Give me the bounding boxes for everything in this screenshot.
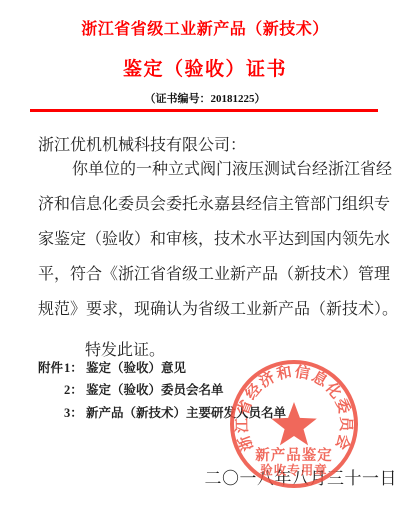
attachments-label-spacer [38, 379, 64, 401]
attachment-text: 鉴定（验收）意见 [86, 357, 186, 379]
attachment-number: 2： [64, 379, 86, 401]
attachments-list: 附件 1： 鉴定（验收）意见 2： 鉴定（验收）委员会名单 3： 新产品（新技术… [38, 357, 286, 424]
attachment-number: 3： [64, 402, 86, 424]
body-line: 你单位的一种立式阀门液压测试台经浙江省经 [38, 152, 378, 187]
seal-center-line1: 新产品鉴定 [255, 446, 333, 464]
body-line: 济和信息化委员会委托永嘉县经信主管部门组织专 [38, 187, 378, 222]
certificate-body: 你单位的一种立式阀门液压测试台经浙江省经 济和信息化委员会委托永嘉县经信主管部门… [38, 152, 378, 327]
attachment-number: 1： [64, 357, 86, 379]
attachments-label-spacer [38, 402, 64, 424]
body-line: 规范》要求，现确认为省级工业新产品（新技术）。 [38, 292, 378, 327]
certificate-title-line1: 浙江省省级工业新产品（新技术） [0, 16, 410, 39]
issue-date: 二〇一八年八月三十一日 [205, 464, 398, 489]
attachment-item: 附件 1： 鉴定（验收）意见 [38, 357, 286, 379]
red-divider-line [30, 109, 378, 112]
attachment-item: 2： 鉴定（验收）委员会名单 [38, 379, 286, 401]
certificate-title-line2: 鉴定（验收）证书 [0, 54, 410, 81]
attachment-text: 鉴定（验收）委员会名单 [86, 379, 224, 401]
attachments-label: 附件 [38, 357, 64, 379]
attachment-item: 3： 新产品（新技术）主要研发人员名单 [38, 402, 286, 424]
attachment-text: 新产品（新技术）主要研发人员名单 [86, 402, 286, 424]
certificate-page: 浙江省省级工业新产品（新技术） 鉴定（验收）证书 （证书编号：20181225）… [0, 0, 410, 518]
certificate-number: （证书编号：20181225） [0, 90, 410, 106]
body-line: 家鉴定（验收）和审核，技术水平达到国内领先水 [38, 222, 378, 257]
body-line: 平，符合《浙江省省级工业新产品（新技术）管理 [38, 257, 378, 292]
